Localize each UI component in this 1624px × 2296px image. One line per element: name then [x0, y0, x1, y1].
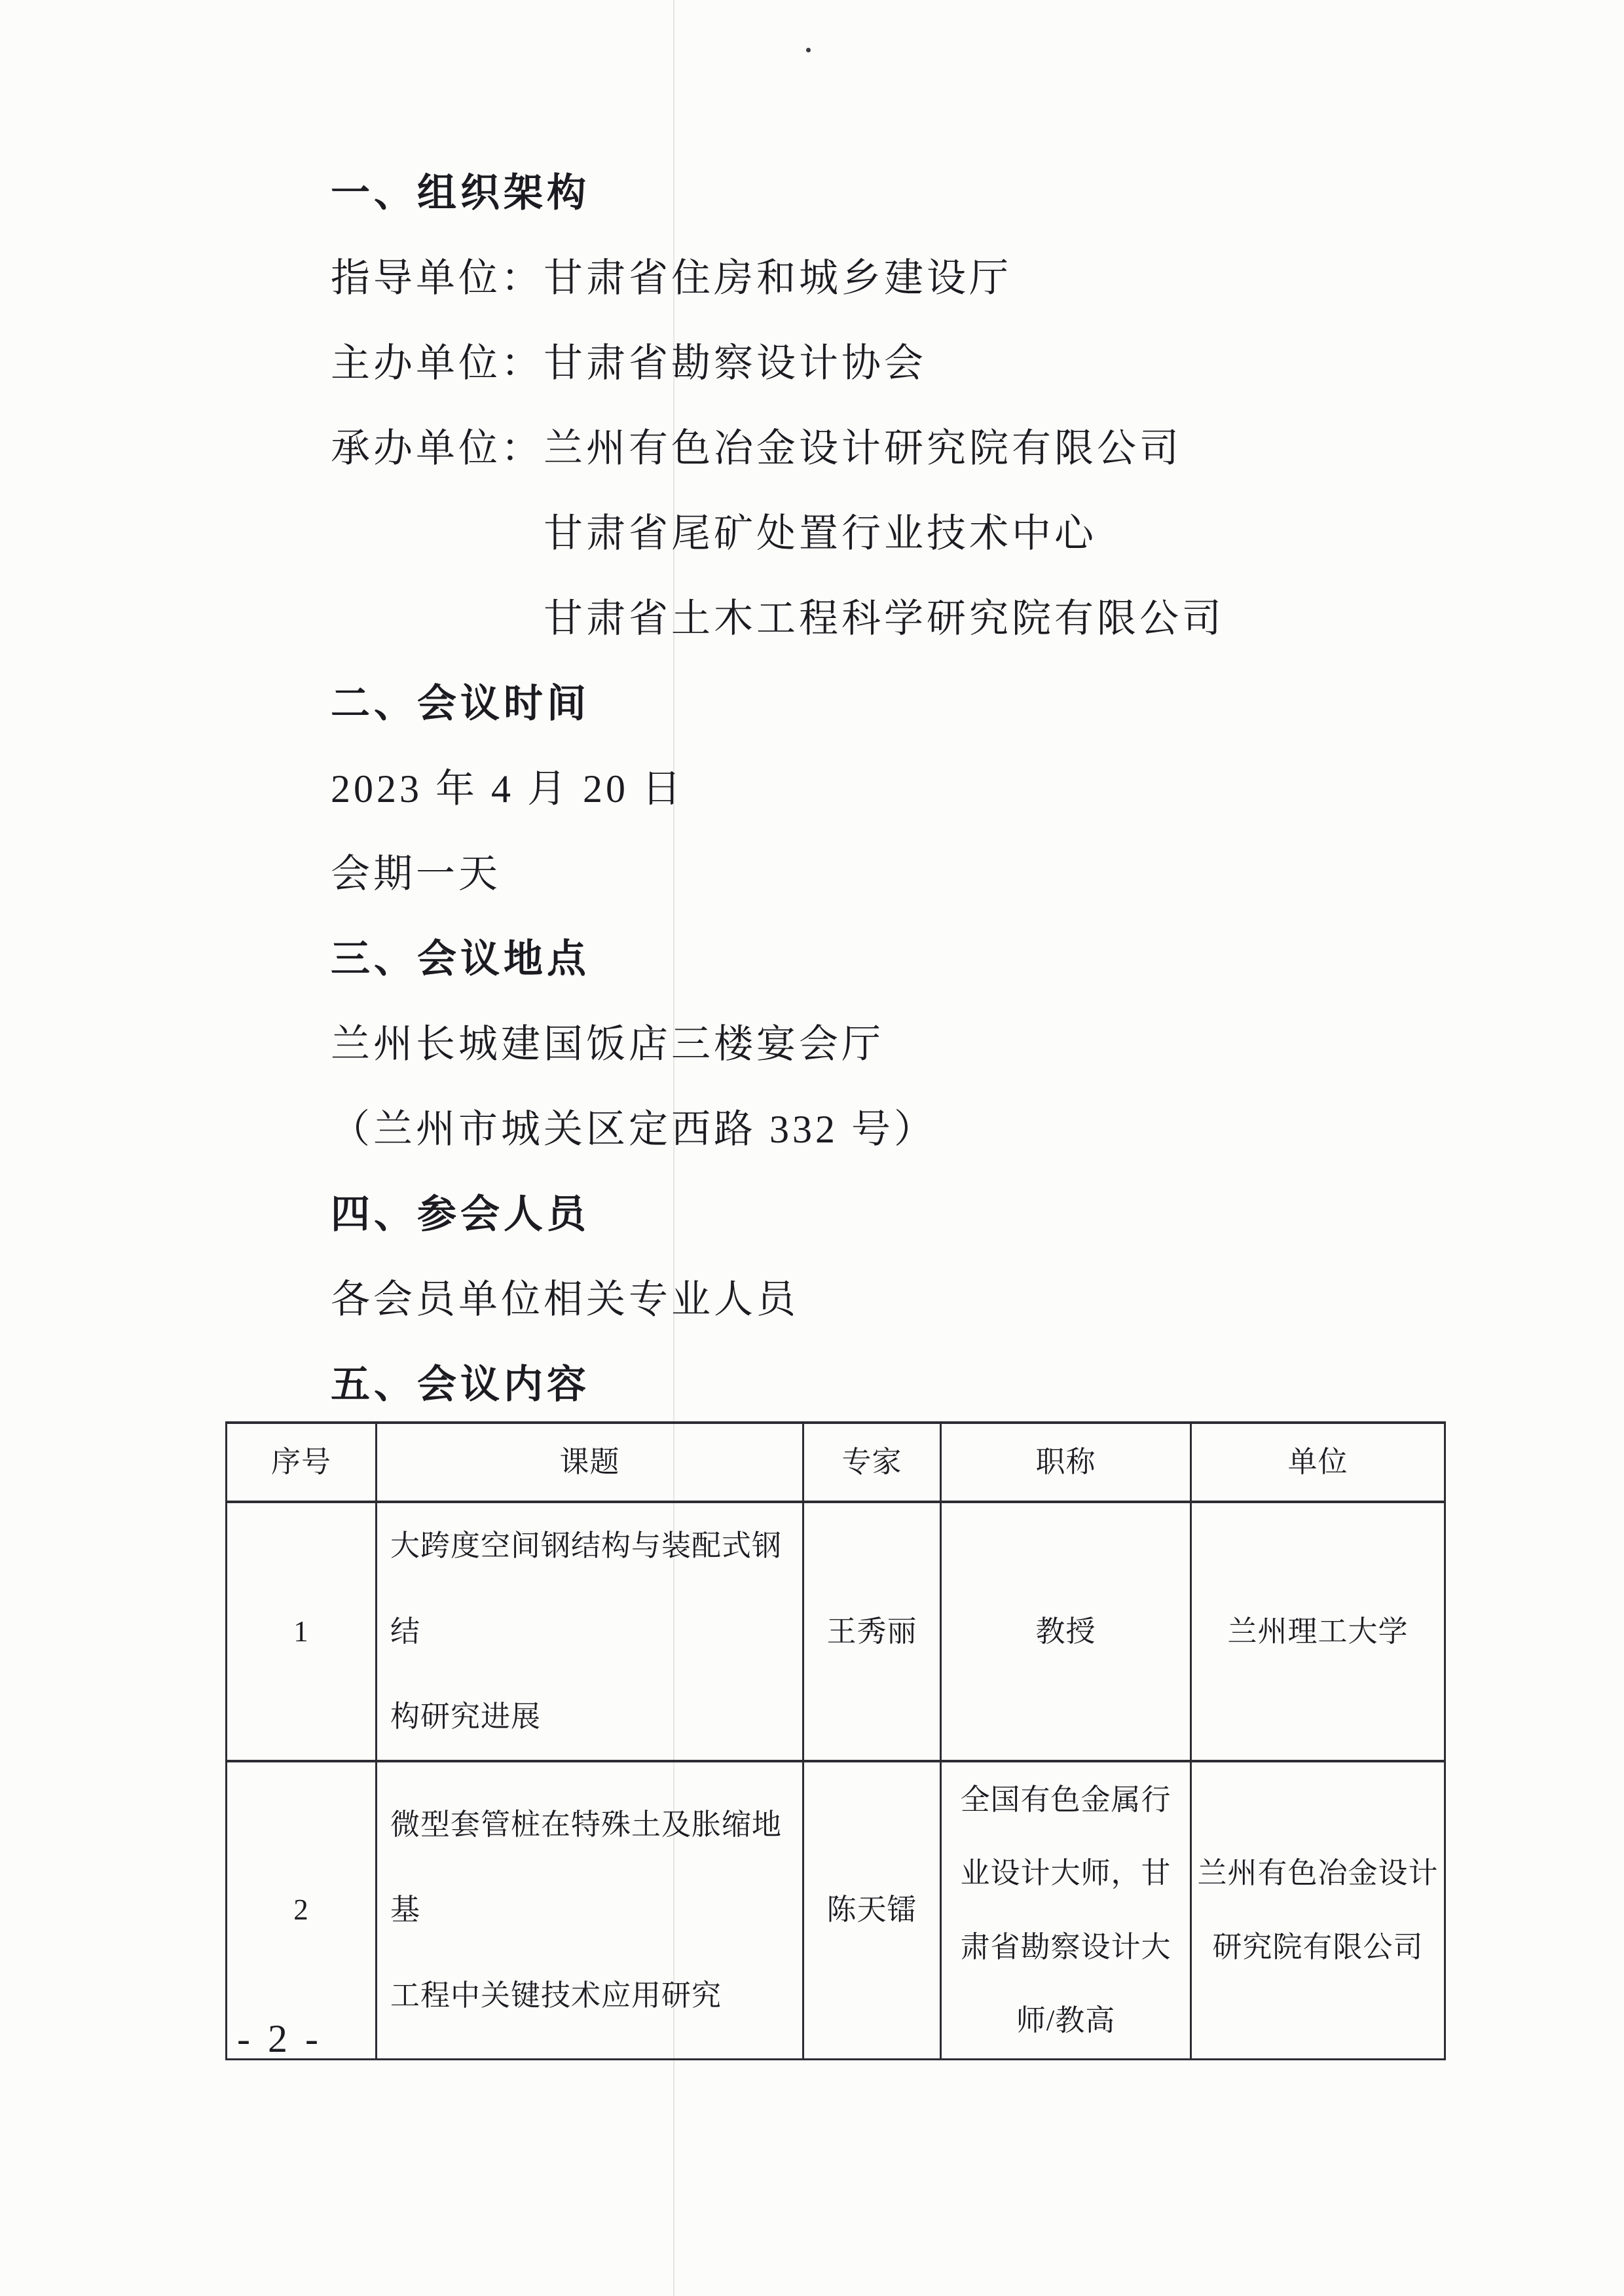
cell-org: 兰州有色冶金设计 研究院有限公司 — [1191, 1761, 1445, 2060]
cell-org: 兰州理工大学 — [1191, 1502, 1445, 1761]
guide-unit-line: 指导单位：甘肃省住房和城乡建设厅 — [331, 254, 1012, 302]
cell-title: 全国有色金属行 业设计大师，甘 肃省勘察设计大 师/教高 — [941, 1761, 1191, 2060]
scan-speck-dot — [806, 48, 811, 52]
col-header-seq: 序号 — [227, 1423, 377, 1502]
table-row: 2 微型套管桩在特殊土及胀缩地基 工程中关键技术应用研究 陈天镭 全国有色金属行… — [227, 1761, 1445, 2060]
section-heading-attendees: 四、参会人员 — [331, 1190, 590, 1239]
document-page: 一、组织架构 指导单位：甘肃省住房和城乡建设厅 主办单位：甘肃省勘察设计协会 承… — [0, 0, 1624, 2296]
host-unit-line: 主办单位：甘肃省勘察设计协会 — [331, 339, 927, 388]
col-header-topic: 课题 — [377, 1423, 803, 1502]
venue-address-line: （兰州市城关区定西路 332 号） — [331, 1105, 936, 1154]
cell-seq: 1 — [227, 1502, 377, 1761]
cell-title: 教授 — [941, 1502, 1191, 1761]
cell-expert: 王秀丽 — [803, 1502, 941, 1761]
undertake-unit-line-1: 承办单位：兰州有色冶金设计研究院有限公司 — [331, 424, 1182, 473]
cell-topic: 微型套管桩在特殊土及胀缩地基 工程中关键技术应用研究 — [377, 1761, 803, 2060]
table-row: 1 大跨度空间钢结构与装配式钢结 构研究进展 王秀丽 教授 兰州理工大学 — [227, 1502, 1445, 1761]
agenda-table: 序号 课题 专家 职称 单位 1 大跨度空间钢结构与装配式钢结 构研究进展 王秀… — [225, 1421, 1446, 2060]
section-heading-time: 二、会议时间 — [331, 680, 590, 728]
col-header-org: 单位 — [1191, 1423, 1445, 1502]
col-header-title: 职称 — [941, 1423, 1191, 1502]
cell-seq: 2 — [227, 1761, 377, 2060]
cell-topic: 大跨度空间钢结构与装配式钢结 构研究进展 — [377, 1502, 803, 1761]
agenda-header-row: 序号 课题 专家 职称 单位 — [227, 1423, 1445, 1502]
venue-line: 兰州长城建国饭店三楼宴会厅 — [331, 1020, 884, 1068]
section-heading-place: 三、会议地点 — [331, 935, 590, 983]
meeting-date-line: 2023 年 4 月 20 日 — [331, 765, 684, 813]
cell-expert: 陈天镭 — [803, 1761, 941, 2060]
undertake-unit-line-3: 甘肃省土木工程科学研究院有限公司 — [544, 594, 1225, 643]
attendees-line: 各会员单位相关专业人员 — [331, 1275, 799, 1324]
meeting-duration-line: 会期一天 — [331, 850, 501, 898]
section-heading-agenda: 五、会议内容 — [331, 1360, 590, 1409]
col-header-expert: 专家 — [803, 1423, 941, 1502]
undertake-unit-line-2: 甘肃省尾矿处置行业技术中心 — [544, 509, 1097, 558]
page-number: - 2 - — [237, 2018, 322, 2060]
section-heading-organization: 一、组织架构 — [331, 169, 590, 217]
